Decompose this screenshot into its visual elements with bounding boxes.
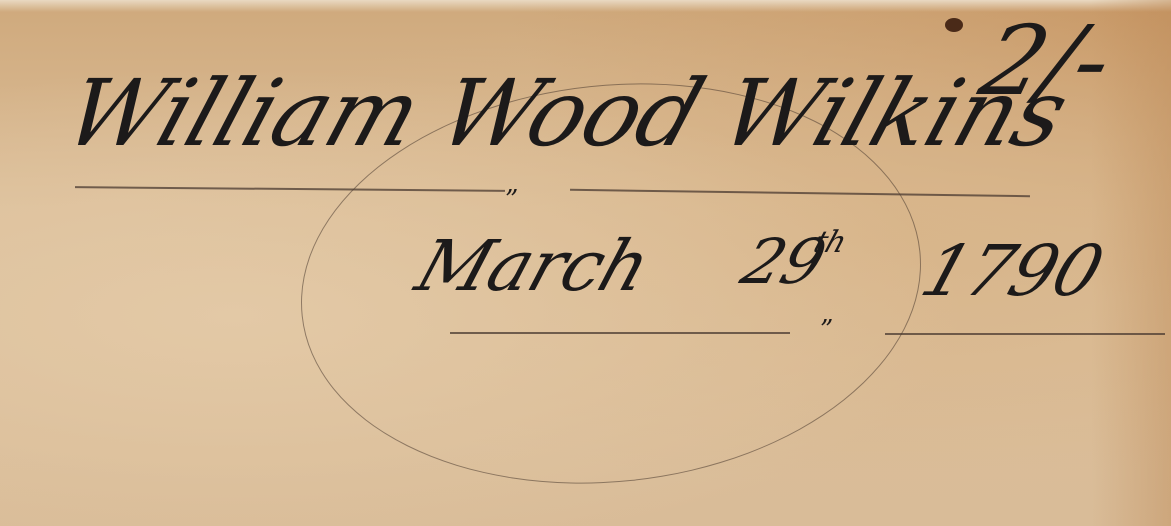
ditto-mark: ”: [505, 185, 517, 215]
date-underline-right: [885, 333, 1165, 335]
aged-paper: William Wood Wilkins 2/- ” March 29 th 1…: [0, 0, 1171, 526]
ditto-mark-2: ”: [820, 315, 832, 345]
date-year: 1790: [912, 230, 1113, 312]
ink-spot: [945, 18, 963, 32]
date-underline-left: [450, 332, 790, 334]
torn-top-edge: [0, 0, 1171, 12]
signature-name: William Wood Wilkins: [53, 60, 1080, 167]
date-month: March: [407, 225, 660, 307]
